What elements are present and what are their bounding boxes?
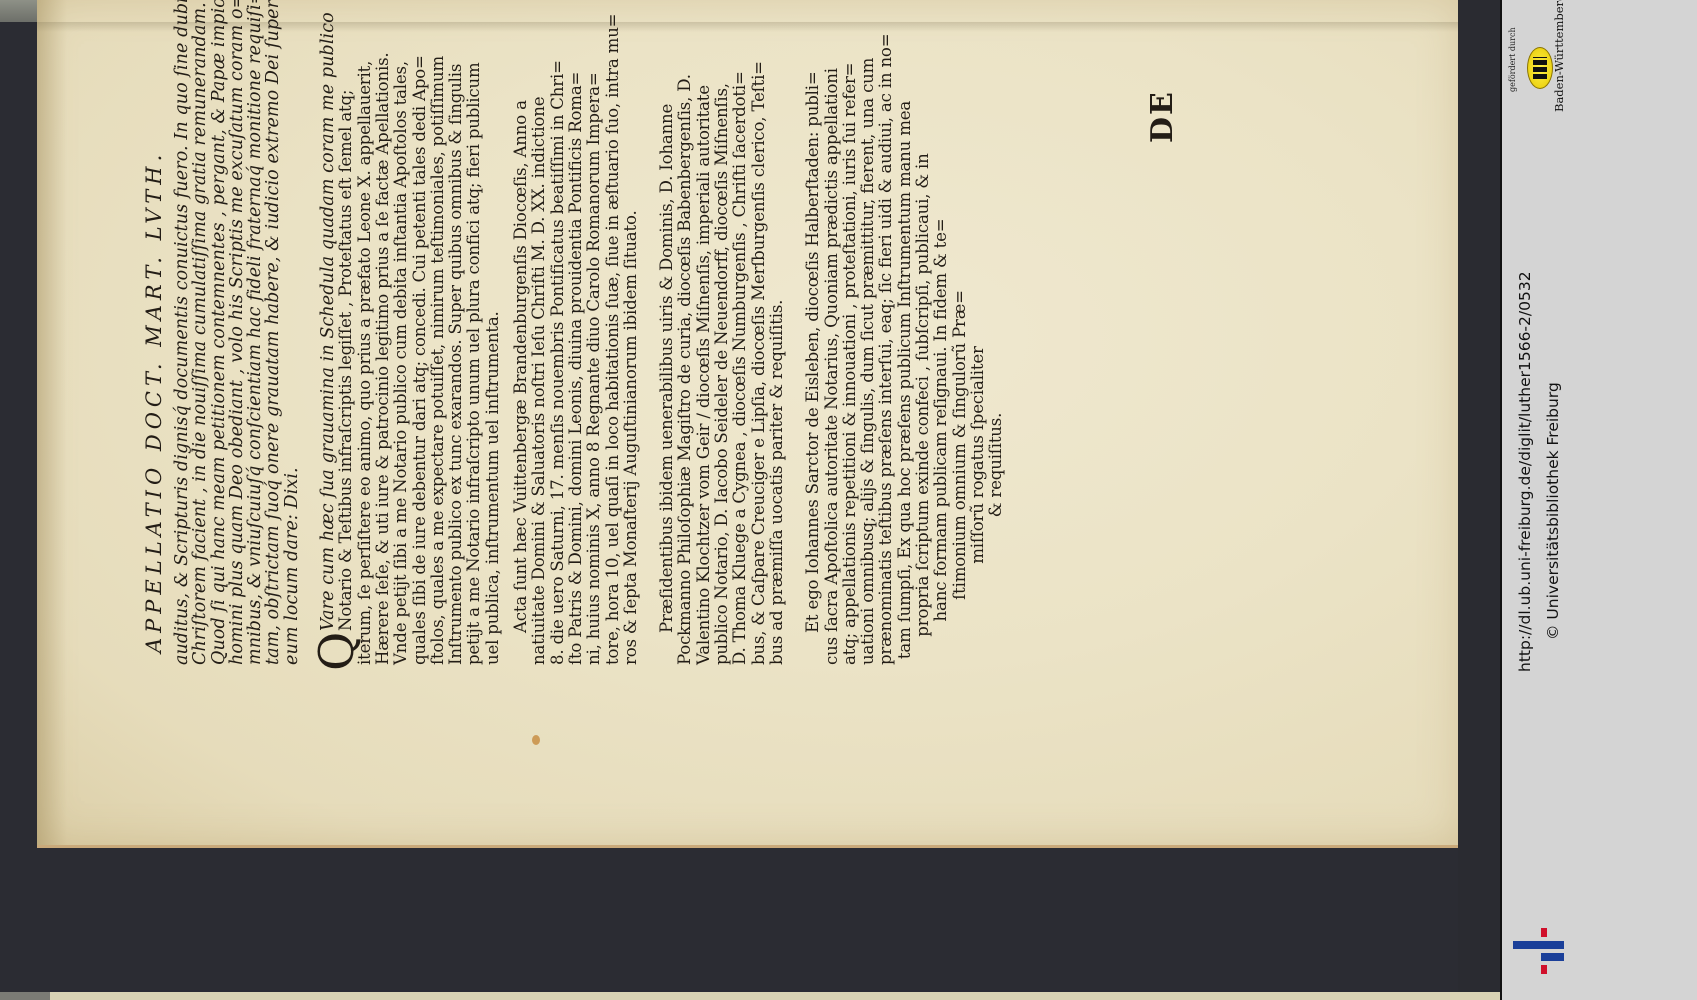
text-line: uel publica, inſtrumentum uel inſtrument… bbox=[484, 55, 502, 665]
scan-background-right bbox=[1458, 0, 1500, 1000]
text-line: mnibus, & vniuſcuiuſq́ conſcientiam hac … bbox=[246, 55, 264, 665]
text-line: atq; appellationis repetitioni & innouat… bbox=[841, 55, 859, 665]
text-line: Vare cum hæc ſua grauamina in Schedula q… bbox=[319, 55, 337, 665]
funder-region: Baden-Württemberg bbox=[1552, 0, 1566, 112]
text-line: Valentino Klochtzer vom Geir / diocœſis … bbox=[695, 55, 713, 665]
funder-label: gefördert durch bbox=[1508, 27, 1517, 92]
text-line: hanc formam publicam reſignaui. In fidem… bbox=[932, 55, 950, 665]
text-line: ſto Patris & Domini, domini Leonis, diui… bbox=[567, 55, 585, 665]
text-line: D. Thoma Kluege a Cygnea , diocœſis Numb… bbox=[731, 55, 749, 665]
text-line: Pockmanno Philoſophiæ Magiſtro de curia,… bbox=[676, 55, 694, 665]
text-line: Quod ſi qui hanc meam petitionem contemn… bbox=[210, 55, 228, 665]
text-line: petijt a me Notario infraſcripto unum ue… bbox=[465, 55, 483, 665]
ub-freiburg-logo-icon bbox=[1513, 928, 1567, 978]
source-url[interactable]: http://dl.ub.uni-freiburg.de/diglit/luth… bbox=[1516, 271, 1534, 672]
text-line: uationi omnibusq; alijs & ſingulis, dum … bbox=[859, 55, 877, 665]
text-line: publico Notario, D. Iacobo Seideler de N… bbox=[713, 55, 731, 665]
text-line: Vnde petijt ſibi a me Notario publico cu… bbox=[392, 55, 410, 665]
text-line: Acta ſunt hæc Vuittenbergæ Brandenburgen… bbox=[512, 55, 530, 665]
text-line: bus ad præmiſſa uocatis pariter & requiſ… bbox=[768, 55, 786, 665]
text-line: miſſorũ rogatus ſpecialiter bbox=[969, 55, 987, 665]
page-shadow bbox=[37, 0, 67, 845]
text-line: propria ſcriptum exinde confeci , ſubſcr… bbox=[914, 55, 932, 665]
text-line: ni, huius nominis X, anno 8 Regnante diu… bbox=[585, 55, 603, 665]
text-line: cus ſacra Apoſtolica autoritate Notarius… bbox=[823, 55, 841, 665]
text-line: ros & ſepta Monaſterij Auguſtinianorum i… bbox=[622, 55, 640, 665]
paragraph-quare: Q Vare cum hæc ſua grauamina in Schedula… bbox=[319, 55, 502, 665]
paragraph-praesidentibus: Præſidentibus ibidem uenerabilibus uiris… bbox=[658, 55, 786, 665]
text-line: bus, & Caſpare Creuciger e Lipſia, diocœ… bbox=[750, 55, 768, 665]
text-line: & requiſitus. bbox=[987, 55, 1005, 665]
text-line: Et ego Iohannes Sarctor de Eisleben, dio… bbox=[804, 55, 822, 665]
text-line: eum locum dare: Dixi. bbox=[283, 55, 301, 665]
text-line: ſtolos, quales a me expectare potuiſſet,… bbox=[429, 55, 447, 665]
intro-paragraph: auditus, & Scripturis dignisq́ documenti… bbox=[173, 55, 301, 665]
text-line: Præſidentibus ibidem uenerabilibus uiris… bbox=[658, 55, 676, 665]
catchword: DE bbox=[1145, 90, 1180, 143]
paragraph-acta: Acta ſunt hæc Vuittenbergæ Brandenburgen… bbox=[512, 55, 640, 665]
funder-credit: gefördert durch Baden-Württemberg bbox=[1502, 0, 1697, 120]
text-line: 8. die uero Saturni, 17. menſis nouembri… bbox=[549, 55, 567, 665]
text-line: ſtimonium omnium & ſingulorũ Præ= bbox=[951, 55, 969, 665]
text-line: Notario & Teſtibus infraſcriptis legiſſe… bbox=[337, 55, 355, 665]
library-watermark-panel: gefördert durch Baden-Württemberg http:/… bbox=[1500, 0, 1697, 1000]
text-line: prænominatis teſtibus præſens interſui, … bbox=[877, 55, 895, 665]
running-head: APPELLATIO DOCT. MART. LVTH. bbox=[135, 55, 173, 665]
baden-wuerttemberg-crest-icon bbox=[1527, 47, 1553, 89]
paper-stain bbox=[532, 735, 540, 745]
text-line: Chriſtorem facient , in die nouiſſima cu… bbox=[191, 55, 209, 665]
copyright-notice: © Universitätsbibliothek Freiburg bbox=[1544, 382, 1562, 640]
text-line: quales ſibi de iure debentur dari atq; c… bbox=[411, 55, 429, 665]
text-line: tam ſumpſi, Ex qua hoc præſens publicum … bbox=[896, 55, 914, 665]
text-line: tore, hora 10, uel quaſi in loco habitat… bbox=[604, 55, 622, 665]
text-line: auditus, & Scripturis dignisq́ documenti… bbox=[173, 55, 191, 665]
drop-cap: Q bbox=[315, 632, 359, 671]
text-line: Inſtrumento publico ex tunc exarandos. S… bbox=[447, 55, 465, 665]
text-line: homini plus quam Deo obediant , volo his… bbox=[228, 55, 246, 665]
scan-bottom-edge bbox=[0, 992, 1500, 1000]
page-text-block: APPELLATIO DOCT. MART. LVTH. auditus, & … bbox=[135, 55, 1195, 665]
text-line: iterum, ſe perſiſtere eo animo, quo priu… bbox=[356, 55, 374, 665]
text-line: natiuitate Domini & Saluatoris noſtri Ie… bbox=[530, 55, 548, 665]
text-line: tam, obſtrictam ſuoq́ onere grauatam hab… bbox=[264, 55, 282, 665]
text-line: Hærere ſeſe, & uti iure & patrocinio leg… bbox=[374, 55, 392, 665]
paragraph-notary-attestation: Et ego Iohannes Sarctor de Eisleben, dio… bbox=[804, 55, 1005, 665]
